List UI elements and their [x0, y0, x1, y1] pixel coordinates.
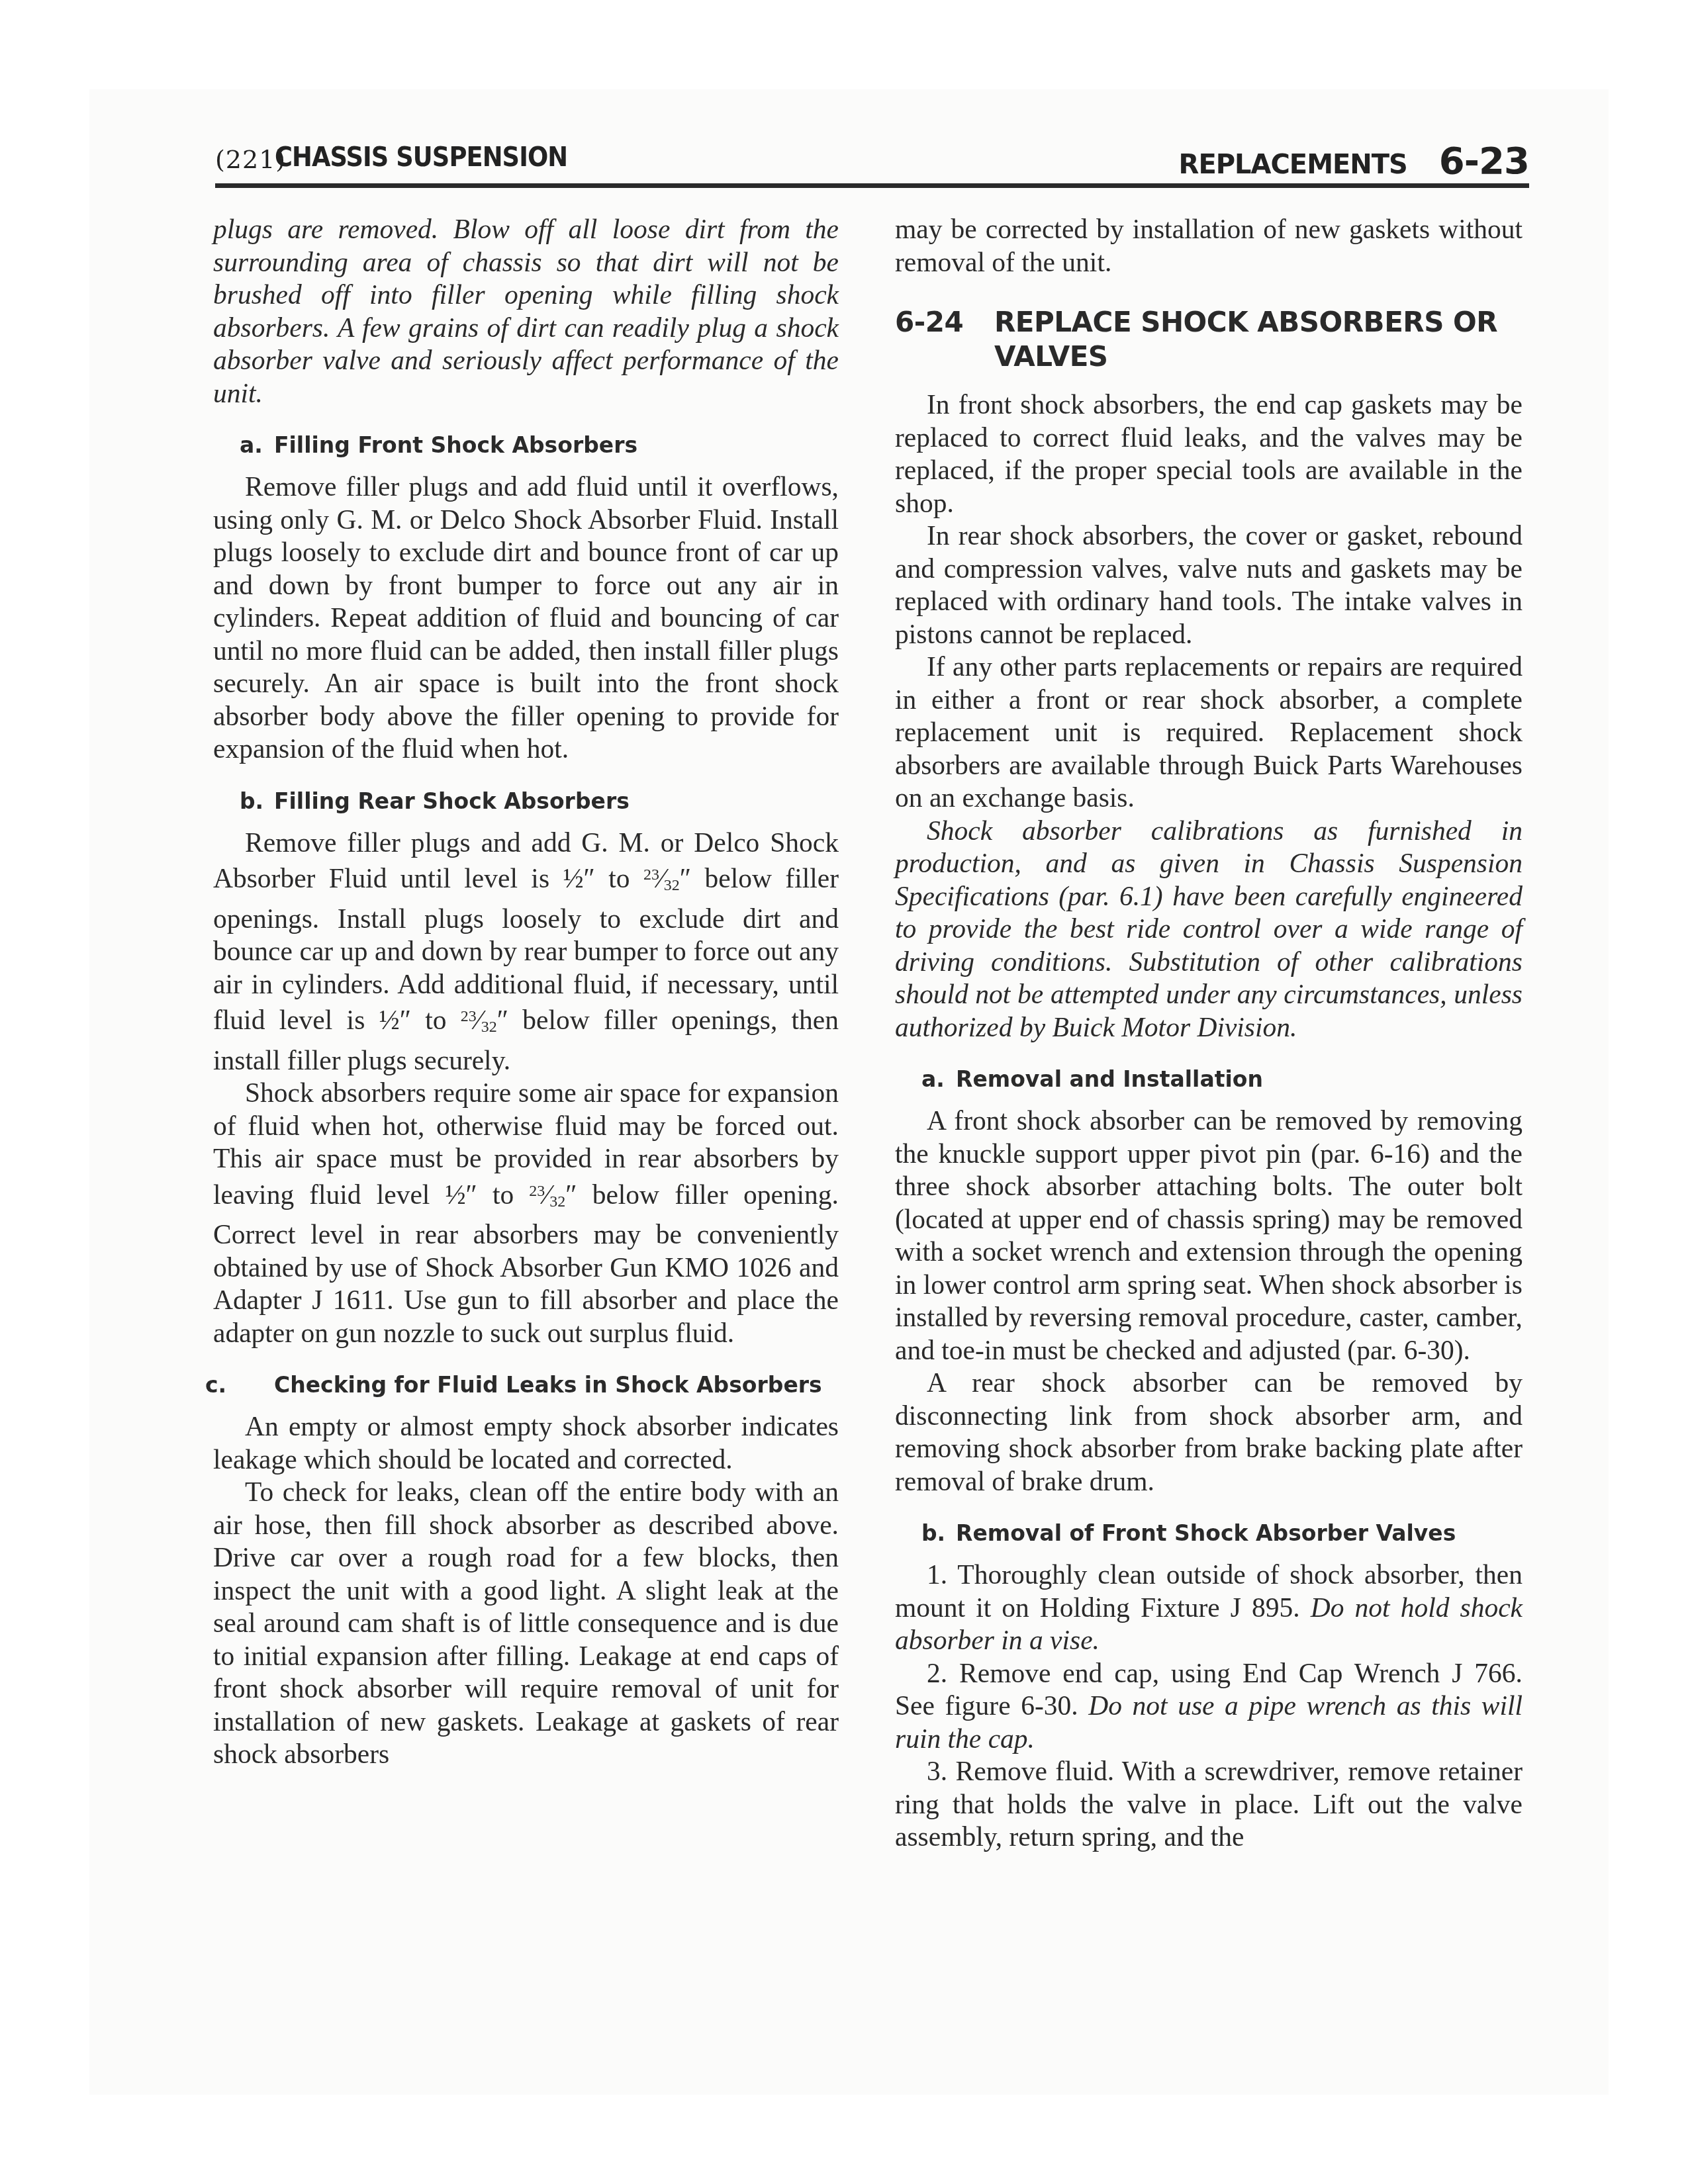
- left-column: plugs are removed. Blow off all loose di…: [213, 213, 839, 1771]
- section-heading-6-24: 6-24REPLACE SHOCK ABSORBERS OR VALVES: [895, 305, 1523, 374]
- step-3: 3. Remove fluid. With a screwdriver, rem…: [895, 1755, 1523, 1854]
- paragraph: In rear shock absorbers, the cover or ga…: [895, 520, 1523, 651]
- paragraph: If any other parts replacements or repai…: [895, 651, 1523, 815]
- paragraph: In front shock absorbers, the end cap ga…: [895, 388, 1523, 520]
- page-header: (221) CHASSIS SUSPENSION REPLACEMENTS 6-…: [215, 136, 1529, 188]
- subheading-checking-leaks: c.Checking for Fluid Leaks in Shock Abso…: [213, 1369, 839, 1401]
- subheading-removal-valves: b.Removal of Front Shock Absorber Valves: [895, 1518, 1523, 1549]
- paragraph: Remove filler plugs and add G. M. or Del…: [213, 827, 839, 1077]
- right-column: may be corrected by installation of new …: [895, 213, 1523, 1854]
- subheading-filling-rear: b.Filling Rear Shock Absorbers: [213, 786, 839, 817]
- paragraph: Shock absorbers require some air space f…: [213, 1077, 839, 1349]
- calibration-note: Shock absorber calibrations as furnished…: [895, 815, 1523, 1044]
- subheading-removal-installation: a.Removal and Installation: [895, 1064, 1523, 1095]
- paragraph: A front shock absorber can be removed by…: [895, 1105, 1523, 1367]
- step-1: 1. Thoroughly clean outside of shock abs…: [895, 1559, 1523, 1657]
- subheading-filling-front: a.Filling Front Shock Absorbers: [213, 430, 839, 461]
- section-title: REPLACEMENTS: [1179, 150, 1407, 180]
- paragraph: To check for leaks, clean off the entire…: [213, 1476, 839, 1771]
- header-right: REPLACEMENTS 6-23: [1179, 140, 1529, 183]
- paragraph: Remove filler plugs and add fluid until …: [213, 471, 839, 766]
- step-2: 2. Remove end cap, using End Cap Wrench …: [895, 1657, 1523, 1756]
- paragraph: A rear shock absorber can be removed by …: [895, 1367, 1523, 1498]
- paragraph: An empty or almost empty shock absorber …: [213, 1410, 839, 1476]
- continuation-paragraph: may be corrected by installation of new …: [895, 213, 1523, 279]
- intro-paragraph: plugs are removed. Blow off all loose di…: [213, 213, 839, 410]
- chapter-title: CHASSIS SUSPENSION: [275, 142, 567, 173]
- page-code: 6-23: [1439, 140, 1529, 183]
